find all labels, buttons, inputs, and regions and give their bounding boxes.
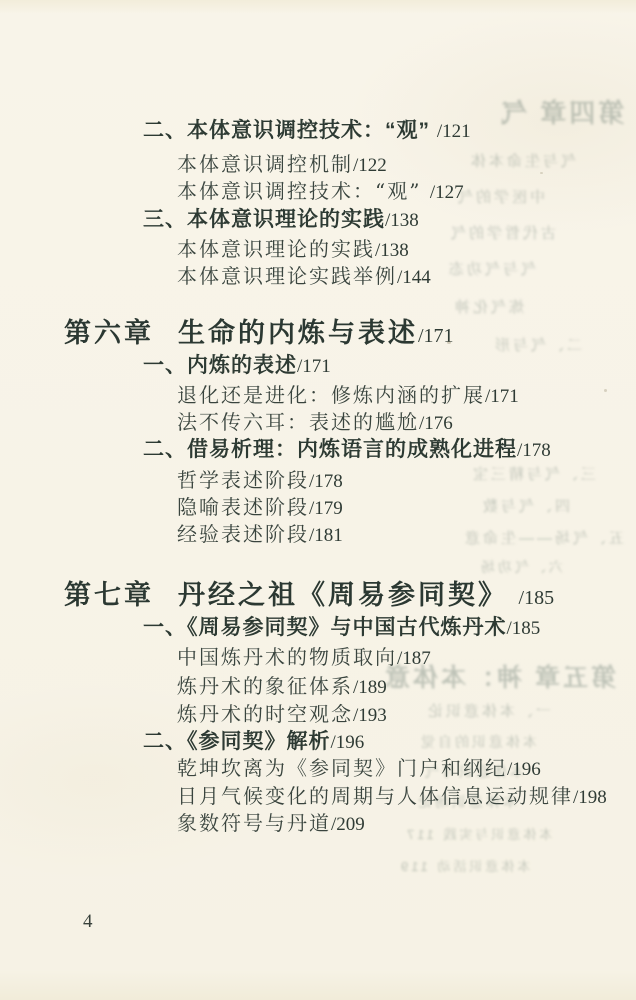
ghost-text: 六、气功场 (478, 557, 563, 577)
toc-entry-level1: 一、内炼的表述/171 (143, 354, 331, 378)
chapter-page: /185 (519, 587, 555, 609)
toc-entry-title: 本体意识调控机制 (177, 152, 353, 176)
toc-entry-title: 乾坤坎离为《参同契》门户和纲纪 (177, 756, 507, 780)
toc-entry-page: /178 (517, 440, 551, 461)
toc-entry-title: 本体意识调控技术：“观” (177, 179, 430, 203)
scan-speck (604, 389, 607, 392)
toc-entry-level1: 二、本体意识调控技术：“观” /121 (143, 119, 471, 143)
chapter-heading: 第六章生命的内炼与表述/171 (64, 318, 454, 349)
toc-entry-page: /171 (297, 356, 331, 377)
toc-entry-page: /171 (485, 386, 519, 407)
toc-entry-page: /196 (507, 759, 541, 780)
toc-entry-page: /122 (353, 155, 387, 176)
ghost-text: 气与生命本体 (468, 150, 576, 171)
toc-entry-title: 一、内炼的表述 (143, 354, 297, 377)
toc-entry-title: 日月气候变化的周期与人体信息运动规律 (177, 784, 573, 808)
chapter-title: 生命的内炼与表述 (178, 318, 418, 348)
toc-entry-level2: 哲学表述阶段/178 (177, 469, 343, 493)
ghost-text: 中医学的气 (455, 186, 545, 207)
scan-speck (540, 172, 543, 174)
toc-entry-page: /138 (375, 240, 409, 261)
toc-entry-page: /193 (353, 705, 387, 726)
toc-entry-level1: 二、《参同契》解析/196 (143, 730, 364, 754)
toc-entry-page: /198 (573, 787, 607, 808)
ghost-text: 五、气场——生命意 (462, 527, 624, 548)
ghost-text: 古代哲学的气 (448, 222, 556, 243)
toc-entry-page: /196 (331, 732, 365, 753)
ghost-text: 炼气化神 (452, 296, 524, 317)
chapter-page: /171 (418, 325, 454, 347)
toc-entry-level2: 隐喻表述阶段/179 (177, 496, 343, 520)
toc-entry-level2: 中国炼丹术的物质取向/187 (177, 646, 431, 670)
toc-entry-title: 法不传六耳：表述的尴尬 (177, 410, 419, 434)
toc-entry-title: 哲学表述阶段 (177, 468, 309, 492)
ghost-text: 第四章 气 (498, 93, 624, 130)
ghost-text: 本体意识与实践 117 (404, 824, 552, 843)
toc-entry-title: 炼丹术的象征体系 (177, 674, 353, 698)
toc-entry-level2: 法不传六耳：表述的尴尬/176 (177, 411, 453, 435)
toc-entry-level2: 象数符号与丹道/209 (177, 812, 365, 836)
ghost-text: 本体意识的自觉 (418, 732, 537, 752)
chapter-number: 第六章 (64, 318, 154, 348)
toc-entry-page: /121 (437, 121, 471, 142)
toc-entry-page: /144 (397, 267, 431, 288)
toc-entry-title: 二、《参同契》解析 (143, 730, 331, 753)
toc-entry-title: 三、本体意识理论的实践 (143, 208, 385, 231)
toc-entry-level2: 退化还是进化：修炼内涵的扩展/171 (177, 384, 519, 408)
toc-entry-title: 二、借易析理：内炼语言的成熟化进程 (143, 438, 517, 461)
toc-entry-title: 炼丹术的时空观念 (177, 702, 353, 726)
toc-entry-page: /179 (309, 498, 343, 519)
toc-entry-title: 本体意识理论实践举例 (177, 264, 397, 288)
toc-entry-level2: 经验表述阶段/181 (177, 523, 343, 547)
ghost-text: 三、气与精三宝 (470, 463, 596, 484)
toc-entry-level2: 本体意识调控技术：“观” /127 (177, 180, 464, 204)
toc-entry-title: 本体意识理论的实践 (177, 237, 375, 261)
toc-entry-title: 中国炼丹术的物质取向 (177, 645, 397, 669)
scanned-toc-page: 第四章 气 气与生命本体 中医学的气 古代哲学的气 气与气功态 炼气化神 二、气… (0, 0, 636, 1000)
toc-entry-page: /189 (353, 677, 387, 698)
toc-entry-level2: 炼丹术的时空观念/193 (177, 703, 387, 727)
toc-entry-page: /181 (309, 525, 343, 546)
toc-entry-title: 一、《周易参同契》与中国古代炼丹术 (143, 616, 507, 639)
toc-entry-level1: 二、借易析理：内炼语言的成熟化进程/178 (143, 438, 551, 462)
toc-entry-page: /185 (507, 618, 541, 639)
chapter-title: 丹经之祖《周易参同契》 (178, 580, 519, 610)
ghost-text: 一、本体意识论 (425, 700, 551, 721)
chapter-number: 第七章 (64, 580, 154, 610)
folio-page-number: 4 (83, 911, 93, 933)
toc-entry-level1: 一、《周易参同契》与中国古代炼丹术/185 (143, 616, 540, 640)
toc-entry-page: /209 (331, 814, 365, 835)
toc-entry-level2: 日月气候变化的周期与人体信息运动规律/198 (177, 785, 607, 809)
ghost-text: 气与气功态 (446, 258, 536, 279)
toc-entry-level2: 本体意识理论的实践/138 (177, 238, 409, 262)
toc-entry-page: /176 (419, 413, 453, 434)
toc-entry-page: /187 (397, 648, 431, 669)
toc-entry-level2: 本体意识理论实践举例/144 (177, 265, 431, 289)
chapter-heading: 第七章丹经之祖《周易参同契》 /185 (64, 580, 554, 611)
toc-entry-level2: 本体意识调控机制/122 (177, 153, 387, 177)
toc-entry-title: 隐喻表述阶段 (177, 495, 309, 519)
toc-entry-title: 二、本体意识调控技术：“观” (143, 119, 437, 142)
toc-entry-level2: 炼丹术的象征体系/189 (177, 675, 387, 699)
toc-entry-level1: 三、本体意识理论的实践/138 (143, 208, 419, 232)
toc-entry-page: /138 (385, 210, 419, 231)
ghost-text: 本体意识活动 119 (398, 856, 530, 875)
toc-entry-title: 退化还是进化：修炼内涵的扩展 (177, 383, 485, 407)
ghost-text: 二、气与形 (492, 334, 582, 355)
toc-entry-title: 象数符号与丹道 (177, 811, 331, 835)
ghost-text: 四、气与数 (480, 495, 570, 516)
toc-entry-page: /178 (309, 471, 343, 492)
toc-entry-level2: 乾坤坎离为《参同契》门户和纲纪/196 (177, 757, 541, 781)
toc-entry-page: /127 (430, 182, 464, 203)
toc-entry-title: 经验表述阶段 (177, 522, 309, 546)
